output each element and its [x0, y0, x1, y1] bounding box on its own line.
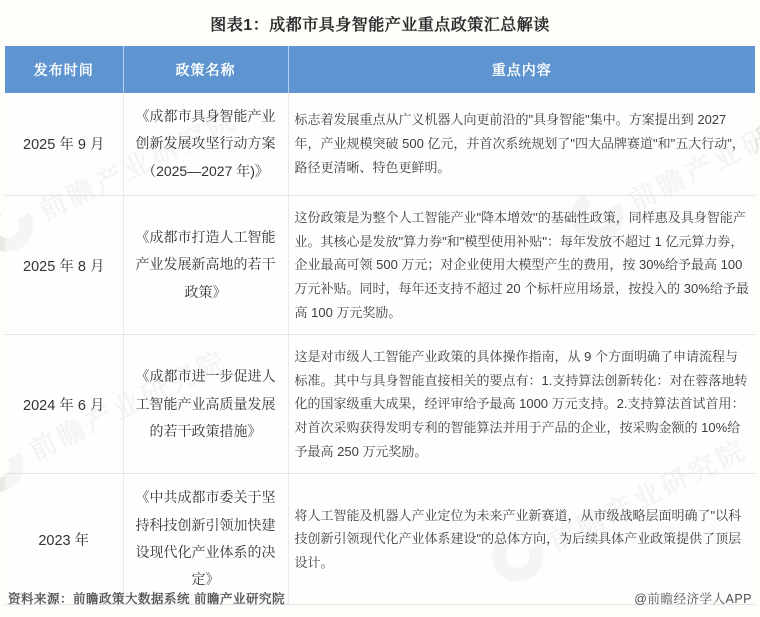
col-header-key-content: 重点内容 — [288, 46, 755, 93]
page-title: 图表1：成都市具身智能产业重点政策汇总解读 — [0, 0, 760, 35]
credit-note: @前瞻经济学人APP — [634, 589, 752, 607]
policy-name-cell: 《中共成都市委关于坚持科技创新引领加快建设现代化产业体系的决定》 — [123, 474, 288, 604]
key-content-cell: 这是对市级人工智能产业政策的具体操作指南，从 9 个方面明确了申请流程与标准。其… — [288, 335, 755, 474]
policy-name-cell: 《成都市打造人工智能产业发展新高地的若干政策》 — [123, 195, 288, 334]
col-header-policy-name: 政策名称 — [123, 46, 288, 93]
table-row: 2023 年 《中共成都市委关于坚持科技创新引领加快建设现代化产业体系的决定》 … — [5, 474, 755, 604]
key-content-cell: 将人工智能及机器人产业定位为未来产业新赛道，从市级战略层面明确了"以科技创新引领… — [288, 474, 755, 604]
policy-summary-figure: 前瞻产业研究院 前瞻产业研究院 前瞻产业研究院 前瞻产业研究院 图表1：成都市具… — [0, 0, 760, 617]
publish-date-cell: 2025 年 9 月 — [5, 93, 123, 195]
col-header-publish-date: 发布时间 — [5, 46, 123, 93]
publish-date-cell: 2025 年 8 月 — [5, 195, 123, 334]
table-header-row: 发布时间 政策名称 重点内容 — [5, 46, 755, 93]
table-row: 2024 年 6 月 《成都市进一步促进人工智能产业高质量发展的若干政策措施》 … — [5, 335, 755, 474]
policy-name-cell: 《成都市具身智能产业创新发展攻坚行动方案（2025—2027 年)》 — [123, 93, 288, 195]
policy-name-cell: 《成都市进一步促进人工智能产业高质量发展的若干政策措施》 — [123, 335, 288, 474]
source-note: 资料来源：前瞻政策大数据系统 前瞻产业研究院 — [8, 589, 285, 607]
publish-date-cell: 2024 年 6 月 — [5, 335, 123, 474]
key-content-cell: 标志着发展重点从广义机器人向更前沿的"具身智能"集中。方案提出到 2027 年，… — [288, 93, 755, 195]
table-row: 2025 年 8 月 《成都市打造人工智能产业发展新高地的若干政策》 这份政策是… — [5, 195, 755, 334]
key-content-cell: 这份政策是为整个人工智能产业"降本增效"的基础性政策，同样惠及具身智能产业。其核… — [288, 195, 755, 334]
publish-date-cell: 2023 年 — [5, 474, 123, 604]
footer: 资料来源：前瞻政策大数据系统 前瞻产业研究院 @前瞻经济学人APP — [8, 589, 752, 607]
policy-table: 发布时间 政策名称 重点内容 2025 年 9 月 《成都市具身智能产业创新发展… — [5, 46, 755, 605]
table-row: 2025 年 9 月 《成都市具身智能产业创新发展攻坚行动方案（2025—202… — [5, 93, 755, 195]
